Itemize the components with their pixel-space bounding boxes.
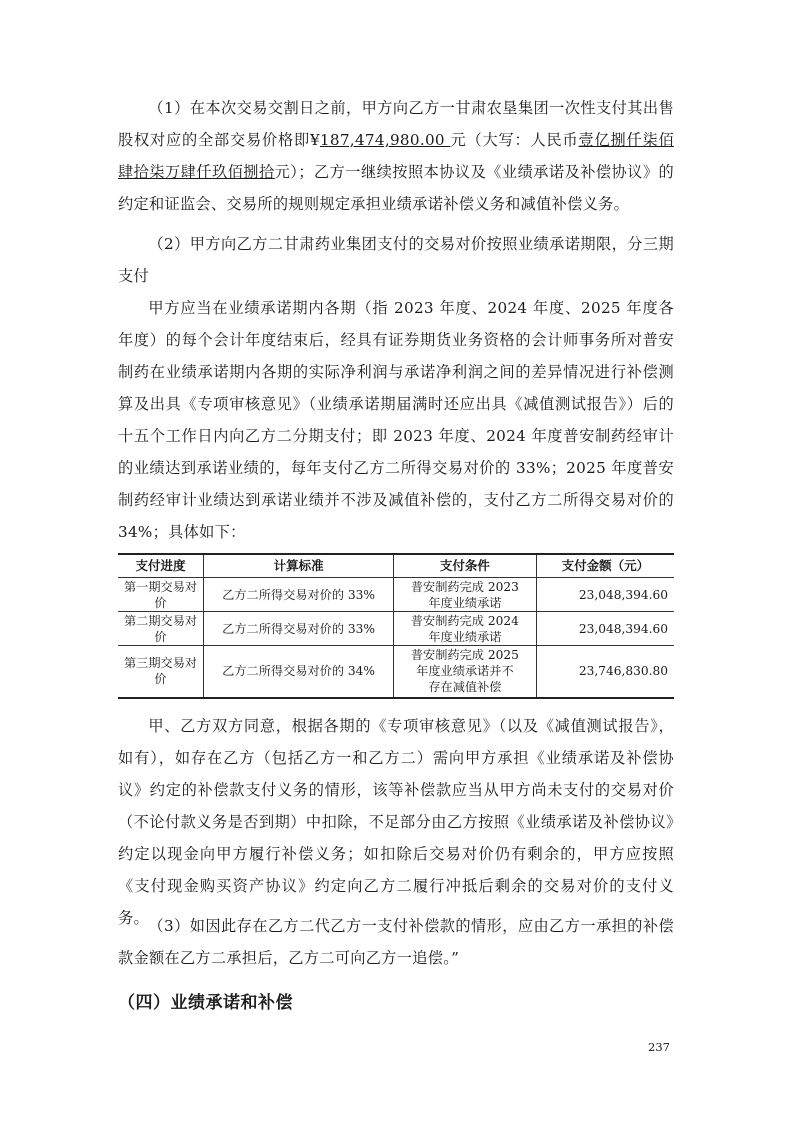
paragraph-3: 甲方应当在业绩承诺期内各期（指 2023 年度、2024 年度、2025 年度各… bbox=[118, 292, 674, 548]
cell-stage: 第一期交易对价 bbox=[118, 578, 204, 612]
paragraph-5: （3）如因此存在乙方二代乙方一支付补偿款的情形，应由乙方一承担的补偿款金额在乙方… bbox=[118, 910, 674, 974]
cell-amount: 23,746,830.80 bbox=[536, 646, 674, 698]
amount-figure: 187,474,980.00 bbox=[320, 131, 451, 149]
header-standard: 计算标准 bbox=[204, 554, 394, 578]
cell-amount: 23,048,394.60 bbox=[536, 578, 674, 612]
cell-amount: 23,048,394.60 bbox=[536, 612, 674, 646]
cell-stage: 第二期交易对价 bbox=[118, 612, 204, 646]
cell-stage: 第三期交易对价 bbox=[118, 646, 204, 698]
table-header-row: 支付进度 计算标准 支付条件 支付金额（元） bbox=[118, 554, 674, 578]
table-row: 第三期交易对价 乙方二所得交易对价的 34% 普安制药完成 2025 年度业绩承… bbox=[118, 646, 674, 698]
header-amount: 支付金额（元） bbox=[536, 554, 674, 578]
cell-condition: 普安制药完成 2025 年度业绩承诺并不 存在减值补偿 bbox=[394, 646, 537, 698]
text: 元（大写：人民币 bbox=[451, 131, 579, 149]
page-number: 237 bbox=[648, 1040, 670, 1054]
table-row: 第一期交易对价 乙方二所得交易对价的 33% 普安制药完成 2023 年度业绩承… bbox=[118, 578, 674, 612]
table-row: 第二期交易对价 乙方二所得交易对价的 33% 普安制药完成 2024 年度业绩承… bbox=[118, 612, 674, 646]
section-heading: （四）业绩承诺和补偿 bbox=[118, 988, 293, 1013]
paragraph-1: （1）在本次交易交割日之前，甲方向乙方一甘肃农垦集团一次性支付其出售股权对应的全… bbox=[118, 92, 674, 220]
cell-standard: 乙方二所得交易对价的 33% bbox=[204, 612, 394, 646]
cell-standard: 乙方二所得交易对价的 34% bbox=[204, 646, 394, 698]
paragraph-2: （2）甲方向乙方二甘肃药业集团支付的交易对价按照业绩承诺期限，分三期支付 bbox=[118, 228, 674, 292]
header-stage: 支付进度 bbox=[118, 554, 204, 578]
header-condition: 支付条件 bbox=[394, 554, 537, 578]
paragraph-4: 甲、乙方双方同意，根据各期的《专项审核意见》（以及《减值测试报告》，如有），如存… bbox=[118, 710, 674, 934]
payment-schedule-table: 支付进度 计算标准 支付条件 支付金额（元） 第一期交易对价 乙方二所得交易对价… bbox=[118, 553, 674, 699]
cell-condition: 普安制药完成 2024 年度业绩承诺 bbox=[394, 612, 537, 646]
cell-standard: 乙方二所得交易对价的 33% bbox=[204, 578, 394, 612]
cell-condition: 普安制药完成 2023 年度业绩承诺 bbox=[394, 578, 537, 612]
